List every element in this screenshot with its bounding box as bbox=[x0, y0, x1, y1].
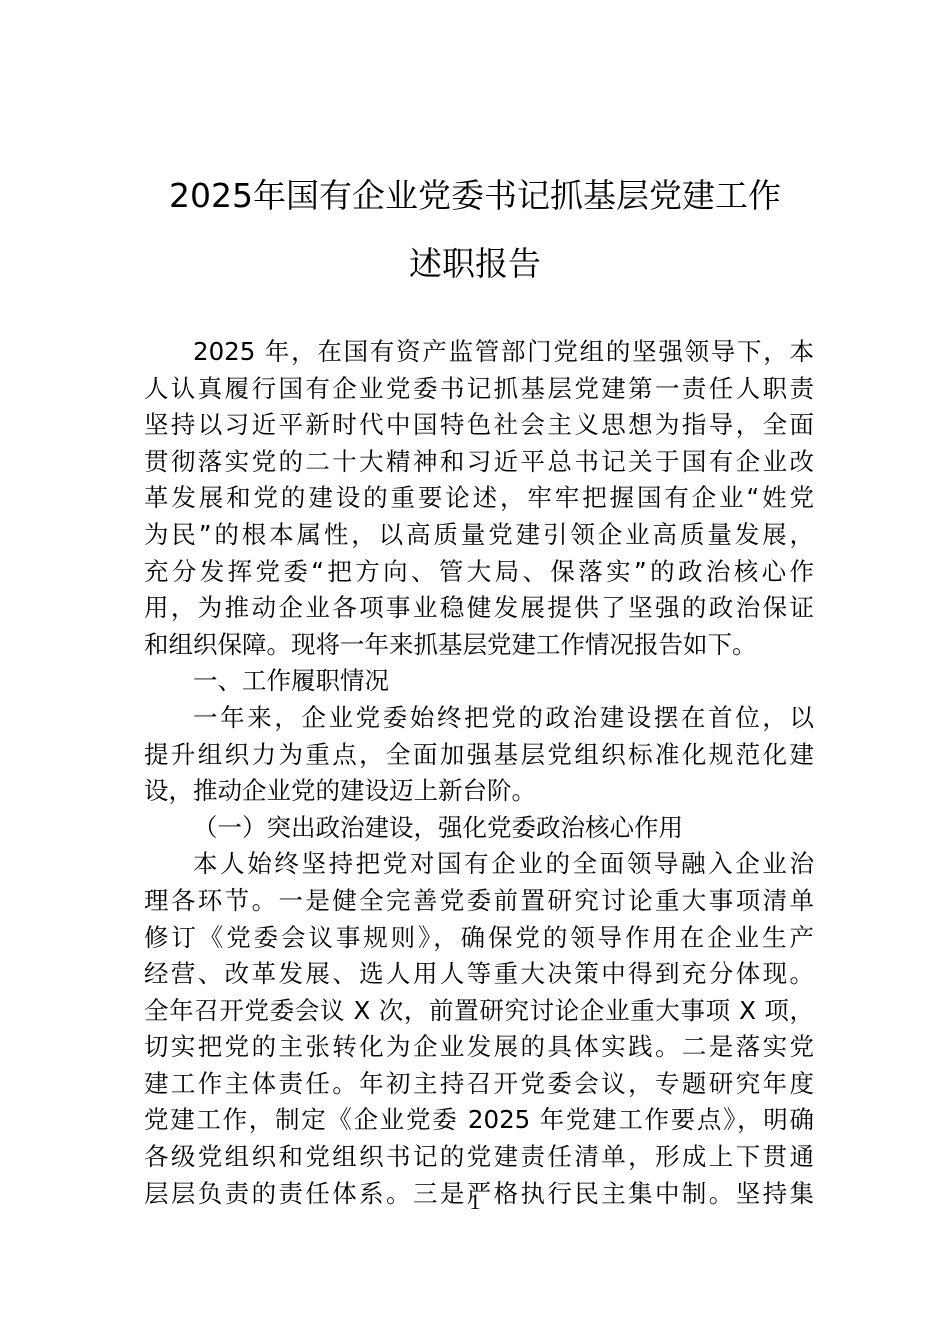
section-heading: 一、工作履职情况 bbox=[144, 663, 814, 700]
text-line: 和组织保障。现将一年来抓基层党建工作情况报告如下。 bbox=[144, 627, 814, 664]
page-number: 1 bbox=[0, 1188, 950, 1216]
text-line: 充分发挥党委“把方向、管大局、保落实”的政治核心作 bbox=[144, 554, 814, 591]
political-building-paragraph: 本人始终坚持把党对国有企业的全面领导融入企业治 理各环节。一是健全完善党委前置研… bbox=[144, 846, 814, 1212]
text-line: 全年召开党委会议 X 次，前置研究讨论企业重大事项 X 项， bbox=[144, 993, 814, 1030]
text-line: 理各环节。一是健全完善党委前置研究讨论重大事项清单 bbox=[144, 883, 814, 920]
section-overview-paragraph: 一年来，企业党委始终把党的政治建设摆在首位，以 提升组织力为重点，全面加强基层党… bbox=[144, 700, 814, 810]
document-title-line-1: 2025年国有企业党委书记抓基层党建工作 bbox=[0, 176, 950, 216]
text-line: 切实把党的主张转化为企业发展的具体实践。二是落实党 bbox=[144, 1029, 814, 1066]
text-line: 为民”的根本属性，以高质量党建引领企业高质量发展， bbox=[144, 517, 814, 554]
text-line: 革发展和党的建设的重要论述，牢牢把握国有企业“姓党 bbox=[144, 480, 814, 517]
document-page: 2025年国有企业党委书记抓基层党建工作 述职报告 2025 年，在国有资产监管… bbox=[0, 0, 950, 1344]
text-line: 贯彻落实党的二十大精神和习近平总书记关于国有企业改 bbox=[144, 444, 814, 481]
document-title-line-2: 述职报告 bbox=[0, 244, 950, 284]
text-line: 设，推动企业党的建设迈上新台阶。 bbox=[144, 773, 814, 810]
document-body: 2025 年，在国有资产监管部门党组的坚强领导下，本 人认真履行国有企业党委书记… bbox=[144, 334, 814, 1212]
text-line: 一年来，企业党委始终把党的政治建设摆在首位，以 bbox=[144, 700, 814, 737]
text-line: 修订《党委会议事规则》，确保党的领导作用在企业生产 bbox=[144, 920, 814, 957]
text-line: 提升组织力为重点，全面加强基层党组织标准化规范化建 bbox=[144, 737, 814, 774]
text-line: 用，为推动企业各项事业稳健发展提供了坚强的政治保证 bbox=[144, 590, 814, 627]
text-line: 建工作主体责任。年初主持召开党委会议，专题研究年度 bbox=[144, 1066, 814, 1103]
text-line: 党建工作，制定《企业党委 2025 年党建工作要点》，明确 bbox=[144, 1102, 814, 1139]
text-line: 人认真履行国有企业党委书记抓基层党建第一责任人职责 bbox=[144, 371, 814, 408]
text-line: 本人始终坚持把党对国有企业的全面领导融入企业治 bbox=[144, 846, 814, 883]
text-line: 坚持以习近平新时代中国特色社会主义思想为指导，全面 bbox=[144, 407, 814, 444]
text-line: 2025 年，在国有资产监管部门党组的坚强领导下，本 bbox=[144, 334, 814, 371]
subsection-heading: （一）突出政治建设，强化党委政治核心作用 bbox=[144, 810, 814, 847]
intro-paragraph: 2025 年，在国有资产监管部门党组的坚强领导下，本 人认真履行国有企业党委书记… bbox=[144, 334, 814, 663]
text-line: 各级党组织和党组织书记的党建责任清单，形成上下贯通 bbox=[144, 1139, 814, 1176]
text-line: 经营、改革发展、选人用人等重大决策中得到充分体现。 bbox=[144, 956, 814, 993]
